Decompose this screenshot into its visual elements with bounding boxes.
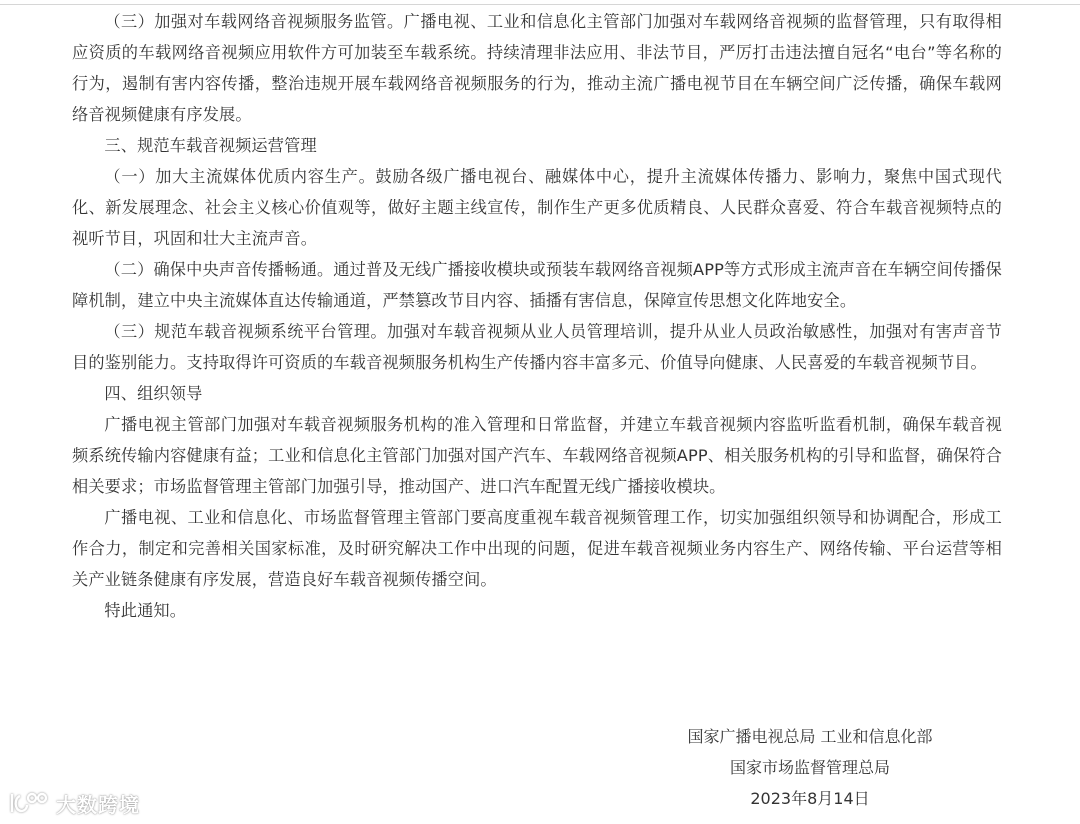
paragraph-leadership-1: 广播电视主管部门加强对车载音视频服务机构的准入管理和日常监督，并建立车载音视频内…: [72, 409, 1002, 502]
paragraph-operation-item-3: （三）规范车载音视频系统平台管理。加强对车载音视频从业人员管理培训，提升从业人员…: [72, 316, 1002, 378]
issuer-line-2: 国家市场监督管理总局: [640, 752, 980, 783]
top-divider: [0, 4, 1080, 5]
heading-section-3: 三、规范车载音视频运营管理: [72, 130, 1002, 161]
watermark-text: 大数跨境: [56, 789, 140, 818]
paragraph-closing: 特此通知。: [72, 595, 1002, 626]
watermark: 大数跨境: [8, 788, 140, 818]
heading-section-4: 四、组织领导: [72, 378, 1002, 409]
signature-block: 国家广播电视总局 工业和信息化部 国家市场监督管理总局 2023年8月14日: [640, 721, 980, 814]
paragraph-operation-item-1: （一）加大主流媒体优质内容生产。鼓励各级广播电视台、融媒体中心，提升主流媒体传播…: [72, 161, 1002, 254]
paragraph-section-3-item-3: （三）加强对车载网络音视频服务监管。广播电视、工业和信息化主管部门加强对车载网络…: [72, 6, 1002, 130]
paragraph-leadership-2: 广播电视、工业和信息化、市场监督管理主管部门要高度重视车载音视频管理工作，切实加…: [72, 502, 1002, 595]
kuaidaquan-logo-icon: [8, 790, 50, 816]
issue-date: 2023年8月14日: [640, 783, 980, 814]
paragraph-operation-item-2: （二）确保中央声音传播畅通。通过普及无线广播接收模块或预装车载网络音视频APP等…: [72, 254, 1002, 316]
notice-body: （三）加强对车载网络音视频服务监管。广播电视、工业和信息化主管部门加强对车载网络…: [72, 6, 1002, 626]
issuer-line-1: 国家广播电视总局 工业和信息化部: [640, 721, 980, 752]
